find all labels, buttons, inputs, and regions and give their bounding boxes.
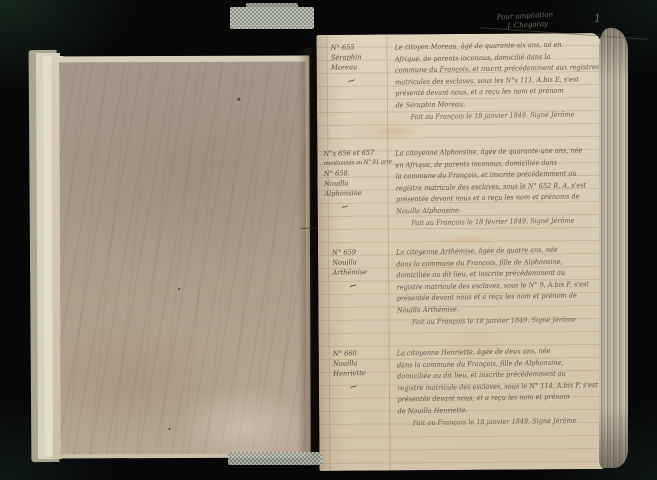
folio-number: 1 — [594, 12, 602, 25]
entry-date-line: Fait au François le 18 janvier 1849. Sig… — [397, 314, 585, 329]
binding-cloth-fold — [246, 3, 298, 11]
paper-speck — [169, 428, 171, 430]
entry-margin-note: N° 659 Nouilla Arthémise ~ — [332, 246, 396, 288]
register-entry: La citoyenne Henriette, âgée de deux ans… — [397, 345, 586, 429]
register-entry: La citoyenne Alphonsine, âgée de quarant… — [395, 145, 584, 229]
entry-date-line: Fait au François le 18 janvier 1849. Sig… — [398, 415, 586, 430]
scan-background: N° 655 Séraphin Moreau ~ Le citoyen More… — [0, 0, 657, 480]
ink-bleed-stain — [373, 126, 419, 136]
register-entry: La citoyenne Arthémise, âgée de quatre a… — [396, 244, 585, 328]
left-page-aged-area — [59, 62, 306, 455]
binding-cloth-bottom — [228, 452, 322, 465]
entry-margin-note: N°s 656 et 657 mentionnés au N° 81 acte … — [323, 147, 387, 209]
ink-bleed-stain — [438, 234, 498, 246]
left-page — [51, 56, 310, 459]
entry-date-line: Fait au François le 18 janvier 1849. Sig… — [396, 109, 584, 124]
entry-margin-mention: mentionnés au N° 81 acte — [324, 157, 387, 169]
entry-margin-note: N° 655 Séraphin Moreau ~ — [331, 41, 395, 83]
entry-margin-note: N° 660 Nouilla Henriette ~ — [333, 347, 397, 389]
page-edge-stack — [599, 28, 628, 468]
paper-speck — [178, 288, 180, 290]
register-entry: Le citoyen Moreau, âgé de quarante-six a… — [395, 39, 584, 123]
right-page: N° 655 Séraphin Moreau ~ Le citoyen More… — [316, 33, 603, 471]
margin-rule-left — [326, 35, 330, 471]
entry-date-line: Fait au François le 18 février 1849. Sig… — [396, 215, 584, 230]
paper-speck — [237, 98, 240, 101]
